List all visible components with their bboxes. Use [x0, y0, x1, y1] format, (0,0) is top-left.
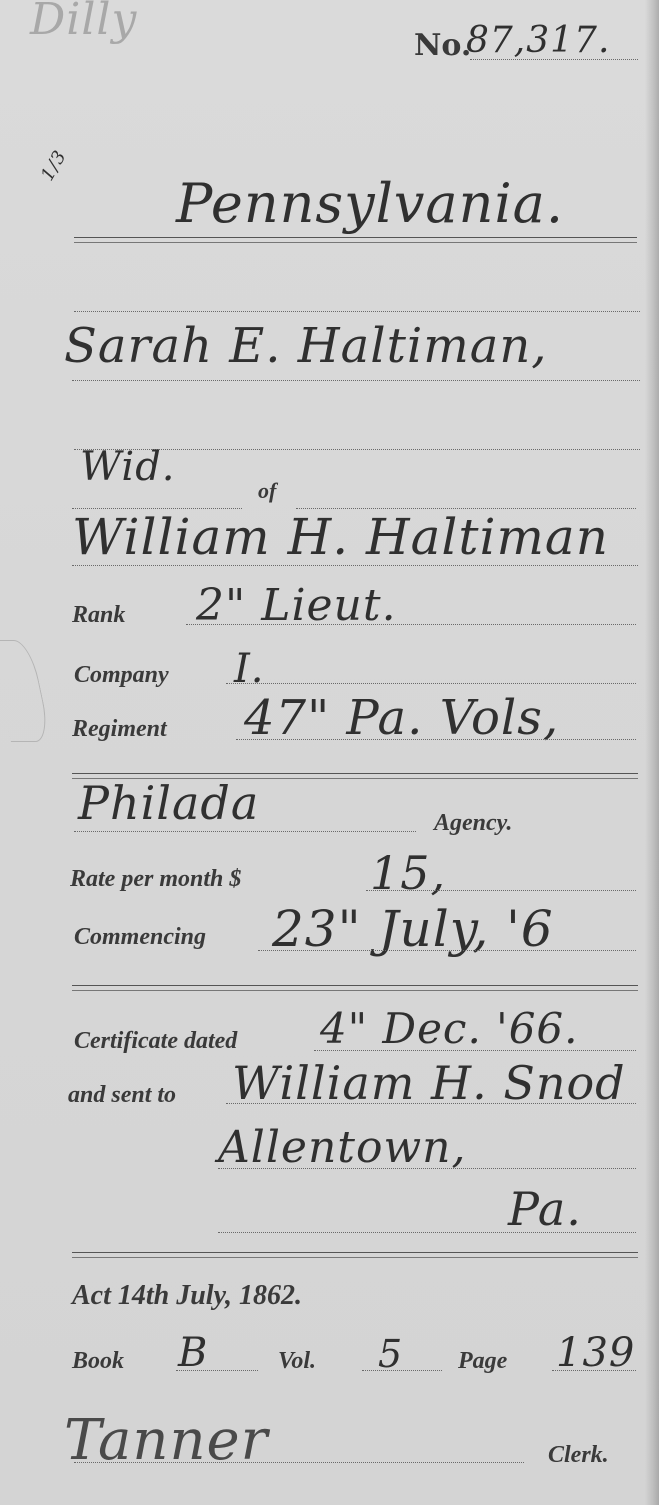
- rate-label: Rate per month $: [70, 866, 241, 893]
- rank-line: [186, 624, 636, 625]
- regiment-line: [236, 739, 636, 740]
- vol-line: [362, 1370, 442, 1371]
- number-line: [470, 59, 638, 60]
- agency-line: [74, 831, 416, 832]
- rate-value: 15,: [370, 846, 446, 900]
- clerk-line: [74, 1462, 524, 1463]
- company-value: I.: [234, 646, 265, 692]
- act-text: Act 14th July, 1862.: [72, 1280, 302, 1312]
- margin-mark: 1/3: [37, 146, 71, 184]
- sent-label: and sent to: [68, 1082, 176, 1109]
- state-name: Pennsylvania.: [176, 172, 564, 235]
- agency-value: Philada: [78, 776, 259, 830]
- rate-line: [366, 890, 636, 891]
- soldier-line: [72, 565, 638, 566]
- company-line: [226, 683, 636, 684]
- sent-to-city: Allentown,: [218, 1122, 466, 1173]
- corner-note: Dilly: [30, 0, 137, 45]
- sent-to-line: [226, 1103, 636, 1104]
- page-label: Page: [458, 1348, 507, 1375]
- regiment-label: Regiment: [72, 716, 167, 743]
- certificate-value: 4" Dec. '66.: [320, 1004, 578, 1053]
- company-label: Company: [74, 662, 169, 689]
- number-label: No.: [414, 28, 471, 63]
- commencing-rule: [72, 985, 638, 991]
- pension-card: Dilly No. 87,317. 1/3 Pennsylvania. Sara…: [0, 0, 659, 1505]
- state-rule: [74, 237, 637, 243]
- sent-to-name: William H. Snod: [232, 1056, 626, 1110]
- sent-to-city-line: [218, 1168, 636, 1169]
- paper-edge: [645, 0, 659, 1505]
- certificate-label: Certificate dated: [74, 1028, 237, 1055]
- book-line: [176, 1370, 258, 1371]
- commencing-line: [258, 950, 636, 951]
- book-label: Book: [72, 1348, 124, 1375]
- sent-to-state: Pa.: [508, 1182, 582, 1236]
- commencing-label: Commencing: [74, 924, 206, 951]
- certificate-line: [314, 1050, 636, 1051]
- clerk-signature: Tanner: [64, 1408, 268, 1473]
- of-label: of: [258, 478, 276, 504]
- claimant-name: Sarah E. Haltiman,: [64, 318, 548, 374]
- vol-label: Vol.: [278, 1348, 316, 1375]
- clerk-label: Clerk.: [548, 1442, 609, 1469]
- regiment-value: 47" Pa. Vols,: [244, 690, 559, 746]
- page-line: [552, 1370, 636, 1371]
- relation: Wid.: [80, 444, 176, 490]
- claimant-line: [72, 380, 640, 381]
- claimant-top-line: [74, 311, 640, 312]
- paper-stain: [0, 640, 52, 742]
- number-value: 87,317.: [466, 20, 610, 61]
- soldier-name: William H. Haltiman: [72, 508, 609, 566]
- agency-label: Agency.: [434, 810, 512, 837]
- rank-label: Rank: [72, 602, 125, 629]
- footer-rule: [72, 1252, 638, 1258]
- sent-to-state-line: [218, 1232, 636, 1233]
